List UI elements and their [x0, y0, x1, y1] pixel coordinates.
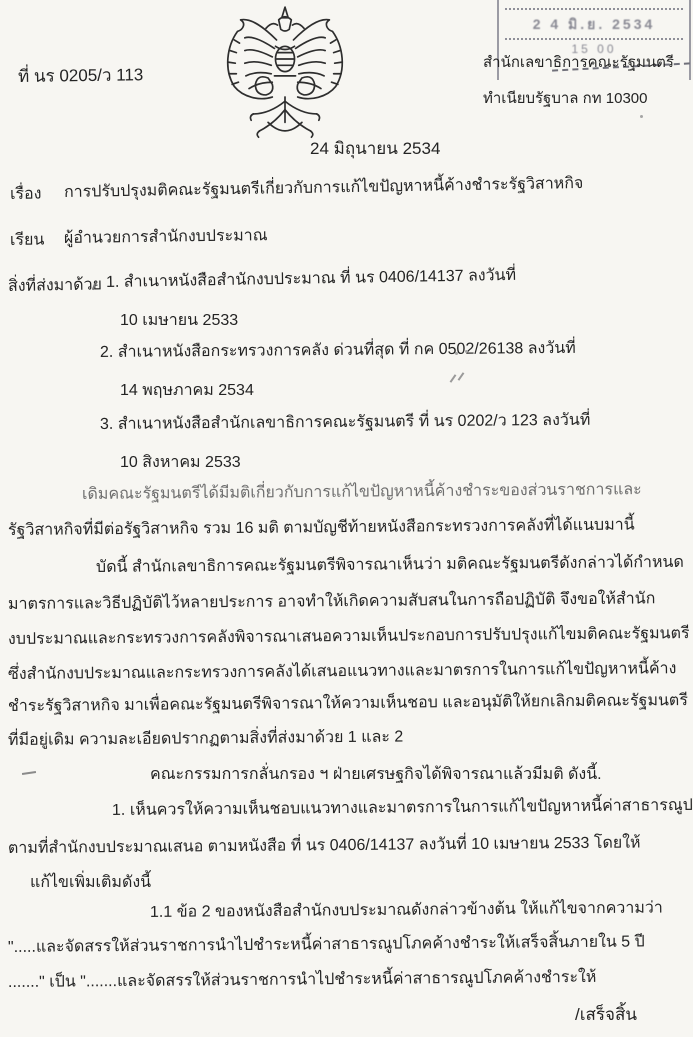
- recipient-text: ผู้อำนวยการสำนักงบประมาณ: [64, 221, 268, 254]
- body-line: คณะกรรมการกลั่นกรอง ฯ ฝ่ายเศรษฐกิจได้พิจ…: [150, 760, 602, 790]
- office-name: สำนักเลขาธิการคณะรัฐมนตรี: [483, 48, 674, 78]
- stamp-dotted-line: [505, 38, 683, 40]
- attachment-item-line: 1. สำเนาหนังสือสำนักงบประมาณ ที่ นร 0406…: [106, 261, 517, 298]
- scanned-letter-page: ที่ นร 0205/ว 113: [0, 0, 693, 1037]
- attachment-item-line: 10 สิงหาคม 2533: [120, 448, 241, 478]
- body-line: 1.1 ข้อ 2 ของหนังสือสำนักงบประมาณดังกล่า…: [150, 894, 663, 928]
- body-line: แก้ไขเพิ่มเติมดังนี้: [30, 868, 151, 898]
- attachment-item-line: 10 เมษายน 2533: [120, 306, 238, 336]
- scan-artifact: [455, 352, 458, 355]
- scan-artifact: [465, 350, 468, 353]
- scan-artifact: [458, 372, 465, 381]
- recipient-label: เรียน: [10, 226, 45, 256]
- body-line: ซึ่งสำนักงบประมาณและกระทรวงการคลังได้เสน…: [8, 654, 677, 690]
- body-line: รัฐวิสาหกิจที่มีต่อรัฐวิสาหกิจ รวม 16 มต…: [8, 511, 635, 546]
- body-line: ชำระรัฐวิสาหกิจ มาเพื่อคณะรัฐมนตรีพิจารณ…: [8, 686, 688, 722]
- subject-text: การปรับปรุงมติคณะรัฐมนตรีเกี่ยวกับการแก้…: [64, 169, 584, 208]
- page-continuation: /เสร็จสิ้น: [575, 1000, 637, 1030]
- body-line: มาตรการและวิธีปฏิบัติไว้หลายประการ อาจทำ…: [8, 584, 656, 620]
- body-line: ตามที่สำนักงบประมาณเสนอ ตามหนังสือ ที่ น…: [8, 828, 641, 864]
- body-line: ......." เป็น ".......และจัดสรรให้ส่วนรา…: [8, 963, 597, 998]
- attachment-item-line: 2. สำเนาหนังสือกระทรวงการคลัง ด่วนที่สุด…: [100, 334, 576, 368]
- body-line: เดิมคณะรัฐมนตรีได้มีมติเกี่ยวกับการแก้ไข…: [82, 475, 642, 510]
- body-line: ที่มีอยู่เดิม ความละเอียดปรากฏตามสิ่งที่…: [8, 723, 404, 756]
- attachment-item-line: 3. สำเนาหนังสือสำนักเลขาธิการคณะรัฐมนตรี…: [100, 406, 591, 440]
- office-address: ทำเนียบรัฐบาล กท 10300: [483, 84, 648, 114]
- reference-number: ที่ นร 0205/ว 113: [18, 60, 144, 92]
- stamp-date: 2 4 มิ.ย. 2534: [499, 14, 689, 36]
- letter-date: 24 มิถุนายน 2534: [310, 134, 440, 164]
- stamp-dotted-line: [505, 8, 683, 10]
- body-line: งบประมาณและกระทรวงการคลังพิจารณาเสนอความ…: [8, 619, 690, 655]
- attachments-label: สิ่งที่ส่งมาด้วย: [8, 270, 102, 302]
- subject-label: เรื่อง: [10, 179, 42, 210]
- body-line: บัดนี้ สำนักเลขาธิการคณะรัฐมนตรีพิจารณาเ…: [96, 548, 684, 583]
- body-line: ".....และจัดสรรให้ส่วนราชการนำไปชำระหนี้…: [8, 927, 645, 963]
- attachment-item-line: 14 พฤษภาคม 2534: [120, 376, 254, 406]
- scan-artifact: [450, 374, 457, 383]
- scan-artifact: [640, 115, 643, 118]
- garuda-emblem-drawing: [210, 4, 360, 152]
- scan-artifact: [22, 771, 36, 775]
- body-line: 1. เห็นควรให้ความเห็นชอบแนวทางและมาตรการ…: [112, 791, 693, 826]
